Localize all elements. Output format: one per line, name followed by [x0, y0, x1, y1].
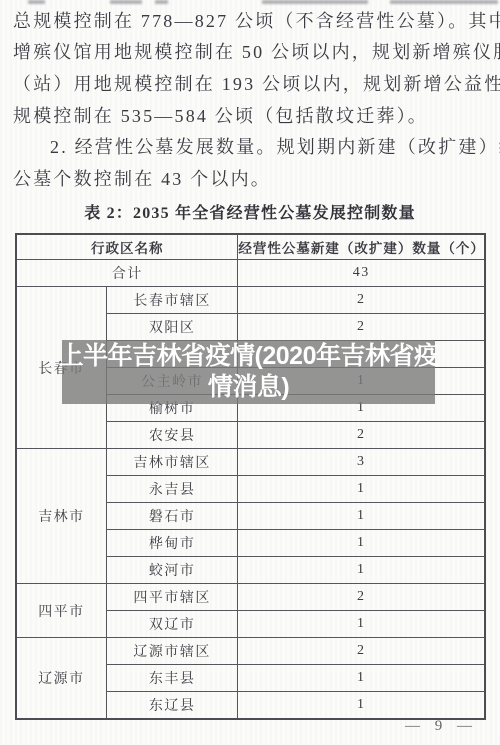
value-cell: 1 — [238, 530, 485, 557]
table-row: 四平市 四平市辖区 2 — [16, 584, 485, 611]
text-line: （站）用地规模控制在 193 公顷以内，规划新增公益性公墓用地 — [13, 67, 491, 99]
value-cell: 1 — [238, 503, 485, 530]
value-cell: 3 — [238, 449, 485, 476]
region-cell: 吉林市辖区 — [106, 449, 238, 476]
region-cell: 永吉县 — [106, 476, 238, 503]
value-cell: 1 — [238, 557, 485, 584]
value-cell: 2 — [238, 287, 485, 314]
page-number: — 9 — — [405, 718, 473, 735]
region-cell: 四平市辖区 — [106, 584, 238, 611]
region-cell: 双阳区 — [106, 314, 238, 341]
header-quantity: 经营性公墓新建（改扩建）数量（个） — [238, 234, 485, 260]
region-cell: 辽源市辖区 — [106, 638, 238, 665]
text-line: 增殡仪馆用地规模控制在 50 公顷以内，规划新增殡仪服务中心 — [13, 36, 491, 68]
region-cell: 桦甸市 — [106, 530, 238, 557]
table-row: 长春市 长春市辖区 2 — [16, 287, 485, 314]
header-region: 行政区名称 — [16, 234, 238, 260]
value-cell: 1 — [238, 611, 485, 638]
total-label: 合计 — [16, 260, 238, 287]
region-cell: 蛟河市 — [106, 557, 238, 584]
region-cell: 长春市辖区 — [106, 287, 238, 314]
value-cell: 1 — [238, 665, 485, 692]
table-header-row: 行政区名称 经营性公墓新建（改扩建）数量（个） — [16, 234, 485, 260]
total-row: 合计 43 — [16, 260, 485, 287]
group-cell-siping: 四平市 — [16, 584, 106, 638]
table-row: 辽源市 辽源市辖区 2 — [16, 638, 485, 665]
value-cell: 1 — [238, 692, 485, 720]
value-cell: 1 — [238, 476, 485, 503]
total-value: 43 — [238, 260, 485, 287]
text-line: 规模控制在 535—584 公顷（包括散坟迁葬）。 — [13, 99, 491, 131]
text-line: 公墓个数控制在 43 个以内。 — [13, 162, 491, 194]
region-cell: 东丰县 — [106, 665, 238, 692]
region-cell: 磐石市 — [106, 503, 238, 530]
region-cell: 双辽市 — [106, 611, 238, 638]
value-cell: 2 — [238, 638, 485, 665]
cemetery-control-table: 行政区名称 经营性公墓新建（改扩建）数量（个） 合计 43 长春市 长春市辖区 … — [15, 233, 486, 720]
scanned-page: 总规模控制在 778—827 公顷（不含经营性公墓）。其中：规划新 增殡仪馆用地… — [0, 0, 500, 745]
text-line: 2. 经营性公墓发展数量。规划期内新建（改扩建）经营性 — [13, 130, 491, 162]
overlay-text-line: 上半年吉林省疫情(2020年吉林省疫 — [59, 341, 439, 372]
value-cell: 2 — [238, 584, 485, 611]
body-paragraph: 总规模控制在 778—827 公顷（不含经营性公墓）。其中：规划新 增殡仪馆用地… — [13, 4, 491, 194]
value-cell: 2 — [238, 314, 485, 341]
region-cell: 农安县 — [106, 422, 238, 449]
text-line: 总规模控制在 778—827 公顷（不含经营性公墓）。其中：规划新 — [13, 4, 491, 36]
group-cell-jilin: 吉林市 — [16, 449, 106, 584]
group-cell-liaoyuan: 辽源市 — [16, 638, 106, 720]
value-cell: 2 — [238, 422, 485, 449]
region-cell: 东辽县 — [106, 692, 238, 720]
watermark-overlay: 上半年吉林省疫情(2020年吉林省疫 情消息) — [62, 340, 435, 404]
overlay-text-line: 情消息) — [208, 372, 289, 403]
table-row: 吉林市 吉林市辖区 3 — [16, 449, 485, 476]
table-title: 表 2：2035 年全省经营性公墓发展控制数量 — [0, 200, 500, 223]
